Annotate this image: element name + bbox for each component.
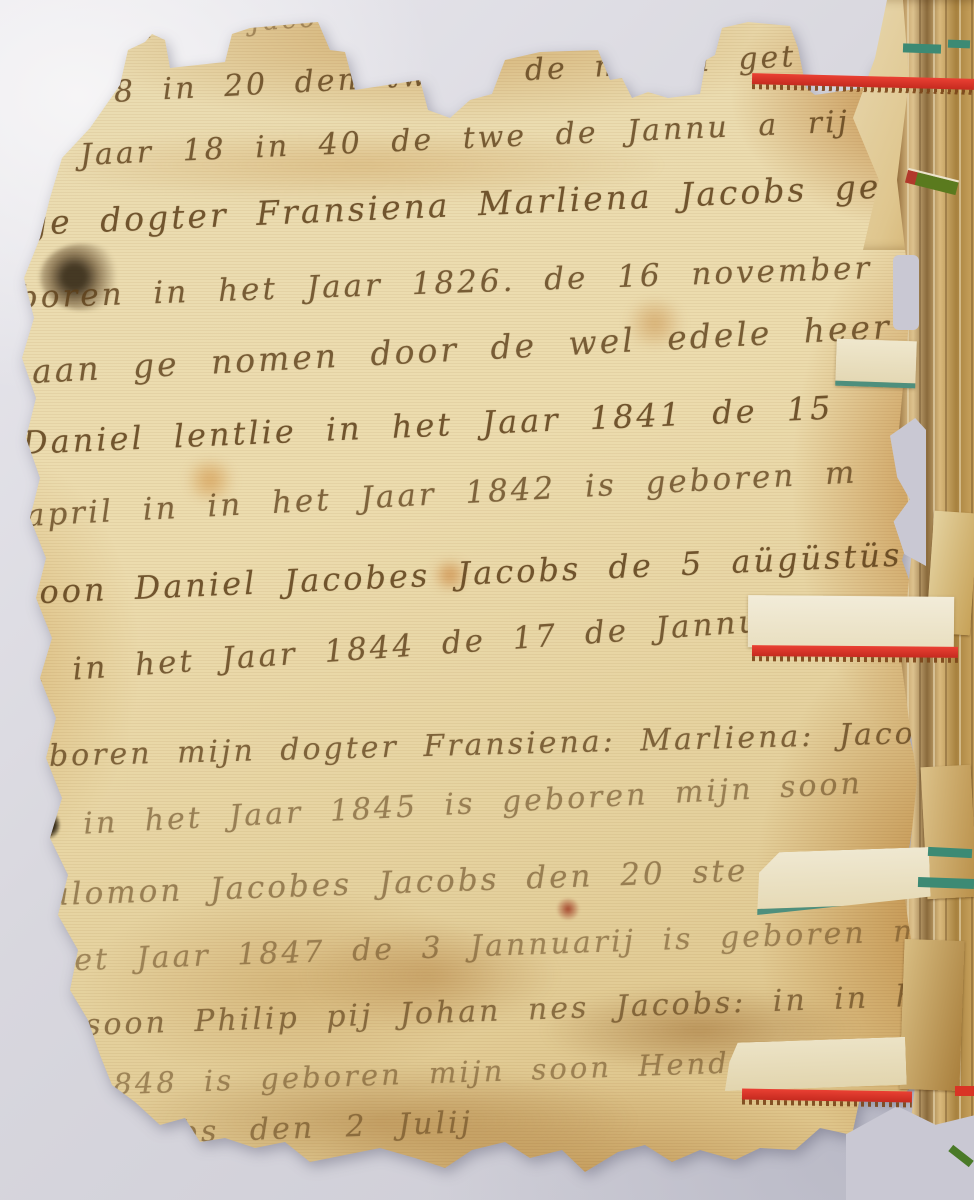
stain [555, 898, 581, 920]
photo-of-manuscript: nen Jacobj geb 18 in 20 den twaalf de mi… [0, 0, 974, 1200]
tape-patch [748, 595, 954, 649]
red-stripe-band [742, 1089, 912, 1103]
paper-fragment [899, 939, 964, 1091]
margin-mark: ü7 [59, 1091, 95, 1119]
tear-gap [893, 255, 919, 330]
tape-patch [723, 1037, 907, 1091]
tape-patch [835, 339, 917, 389]
teal-stripe-mark [948, 40, 970, 49]
teal-stripe-mark [918, 877, 974, 889]
teal-stripe-mark [903, 43, 941, 53]
red-stripe-band [752, 645, 958, 658]
red-stripe-mark [955, 1086, 974, 1096]
